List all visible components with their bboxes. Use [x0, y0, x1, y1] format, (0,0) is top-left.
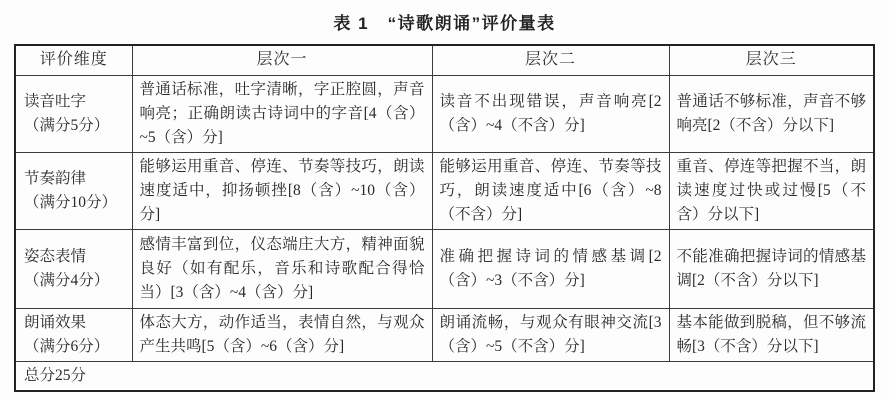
dimension-name: 读音吐字 — [24, 90, 125, 114]
level3-cell: 普通话不够标准，声音不够响亮[2（不含）分以下] — [669, 75, 874, 152]
table-row-posture: 姿态表情 （满分4分） 感情丰富到位，仪态端庄大方，精神面貌良好（如有配乐，音乐… — [15, 229, 874, 308]
level1-cell: 感情丰富到位，仪态端庄大方，精神面貌良好（如有配乐，音乐和诗歌配合得恰当）[3（… — [132, 229, 432, 308]
level2-cell: 朗诵流畅，与观众有眼神交流[3（含）~5（不含）分] — [432, 308, 669, 361]
level1-cell: 能够运用重音、停连、节奏等技巧，朗读速度适中，抑扬顿挫[8（含）~10（含）分] — [132, 152, 432, 229]
level2-cell: 准确把握诗词的情感基调[2（含）~3（不含）分] — [432, 229, 669, 308]
dimension-score: （满分4分） — [24, 269, 125, 293]
evaluation-table: 评价维度 层次一 层次二 层次三 读音吐字 （满分5分） 普通话标准，吐字清晰，… — [14, 44, 875, 392]
table-title: 表 1 “诗歌朗诵”评价量表 — [0, 0, 889, 34]
header-cell-dimension: 评价维度 — [15, 45, 132, 75]
dimension-cell: 朗诵效果 （满分6分） — [15, 308, 132, 361]
dimension-cell: 读音吐字 （满分5分） — [15, 75, 132, 152]
dimension-name: 姿态表情 — [24, 245, 125, 269]
table-row-effect: 朗诵效果 （满分6分） 体态大方，动作适当，表情自然，与观众产生共鸣[5（含）~… — [15, 308, 874, 361]
dimension-score: （满分6分） — [24, 335, 125, 359]
table-row-rhythm: 节奏韵律 （满分10分） 能够运用重音、停连、节奏等技巧，朗读速度适中，抑扬顿挫… — [15, 152, 874, 229]
level2-cell: 读音不出现错误，声音响亮[2（含）~4（不含）分] — [432, 75, 669, 152]
level2-cell: 能够运用重音、停连、节奏等技巧，朗读速度适中[6（含）~8（不含）分] — [432, 152, 669, 229]
total-score-row: 总分25分 — [15, 361, 874, 391]
header-row: 评价维度 层次一 层次二 层次三 — [15, 45, 874, 75]
header-cell-level2: 层次二 — [432, 45, 669, 75]
table-row-pronunciation: 读音吐字 （满分5分） 普通话标准，吐字清晰，字正腔圆，声音响亮；正确朗读古诗词… — [15, 75, 874, 152]
total-score-cell: 总分25分 — [15, 361, 874, 391]
dimension-cell: 姿态表情 （满分4分） — [15, 229, 132, 308]
dimension-score: （满分5分） — [24, 114, 125, 138]
level3-cell: 基本能做到脱稿，但不够流畅[3（不含）分以下] — [669, 308, 874, 361]
dimension-name: 节奏韵律 — [24, 167, 125, 191]
dimension-name: 朗诵效果 — [24, 311, 125, 335]
header-cell-level3: 层次三 — [669, 45, 874, 75]
dimension-score: （满分10分） — [24, 191, 125, 215]
level1-cell: 体态大方，动作适当，表情自然，与观众产生共鸣[5（含）~6（含）分] — [132, 308, 432, 361]
level1-cell: 普通话标准，吐字清晰，字正腔圆，声音响亮；正确朗读古诗词中的字音[4（含）~5（… — [132, 75, 432, 152]
dimension-cell: 节奏韵律 （满分10分） — [15, 152, 132, 229]
header-cell-level1: 层次一 — [132, 45, 432, 75]
level3-cell: 不能准确把握诗词的情感基调[2（不含）分以下] — [669, 229, 874, 308]
level3-cell: 重音、停连等把握不当，朗读速度过快或过慢[5（不含）分以下] — [669, 152, 874, 229]
